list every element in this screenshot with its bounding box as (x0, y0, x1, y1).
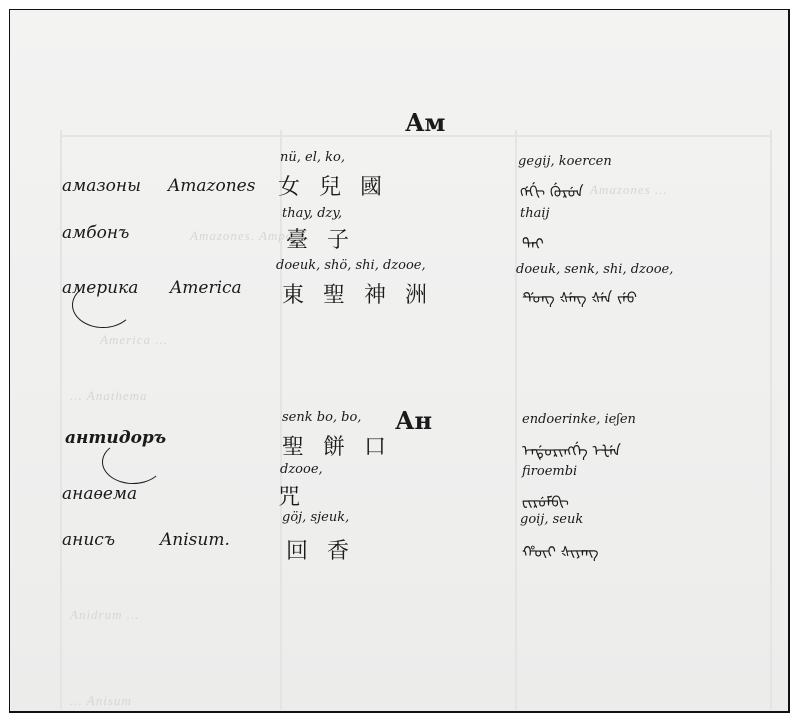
manchu-script: ᠭᡝᡤᡳ ᡤᡠᡵᡠᠨ (520, 176, 584, 202)
manchu-transcription: goij, seuk (520, 512, 583, 527)
flourish-stroke (102, 440, 164, 484)
manchu-script: ᡨᠠᡳ (522, 228, 544, 254)
manchu-transcription: thaij (520, 206, 550, 221)
chinese-transcription: doeuk, shö, shi, dzooe, (276, 258, 426, 273)
ghost-text: ... Anisum (70, 693, 132, 709)
manchu-script: ᡩᡠᠩ ᡧᡝᠩ ᡧᡝᠨ ᠵᡝᠣ (522, 282, 637, 308)
section-heading: Ам (405, 108, 445, 137)
chinese-characters: 聖 餅 口 (282, 430, 392, 461)
russian-headword: анаѳема (62, 484, 137, 504)
flourish-stroke (72, 282, 134, 328)
manchu-script: ᡥᡡᡳ ᡧᡳᠶᠠᠩ (522, 536, 599, 562)
latin-equivalent: America (170, 278, 242, 298)
chinese-characters: 東 聖 神 洲 (282, 278, 433, 309)
chinese-characters: 回 香 (286, 534, 355, 565)
manchu-transcription: gegij, koercen (518, 154, 612, 169)
russian-headword: амбонъ (62, 223, 129, 243)
manuscript-page: Amazones ... Amazones. Ampo ... America … (9, 9, 790, 713)
chinese-transcription: senk bo, bo, (282, 410, 361, 425)
russian-headword: анисъ (62, 530, 115, 550)
ghost-text: America ... (100, 332, 168, 348)
chinese-transcription: göj, sjeuk, (282, 510, 349, 525)
chinese-characters: 女 兒 國 (278, 170, 388, 201)
chinese-transcription: nü, el, ko, (280, 150, 345, 165)
ghost-text: Anidrum ... (70, 607, 140, 623)
manchu-transcription: endoerinke, ieʃen (522, 412, 636, 427)
ghost-rule (60, 130, 62, 710)
chinese-characters: 臺 子 (286, 223, 355, 254)
chinese-transcription: dzooe, (280, 462, 323, 477)
latin-equivalent: Amazones (168, 176, 255, 196)
ghost-text: ... Anathema (70, 388, 147, 404)
manchu-script: ᡝᠨᡩᡠᡵᡳᠩᡤᡝ ᡝᡶᡝᠨ (522, 435, 621, 461)
ghost-text: Amazones ... (590, 182, 668, 198)
chinese-characters: 咒 (278, 480, 306, 511)
manchu-transcription: doeuk, senk, shi, dzooe, (516, 262, 673, 277)
manchu-script: ᡶᡳᡵᡠᠮᠪᡳ (522, 486, 569, 512)
chinese-transcription: thay, dzy, (282, 206, 342, 221)
ghost-rule (770, 130, 772, 710)
section-heading: Ан (395, 406, 432, 435)
latin-equivalent: Anisum. (160, 530, 230, 550)
russian-headword: амазоны (62, 176, 141, 196)
ghost-rule (515, 130, 517, 710)
manchu-transcription: firoembi (522, 464, 577, 479)
